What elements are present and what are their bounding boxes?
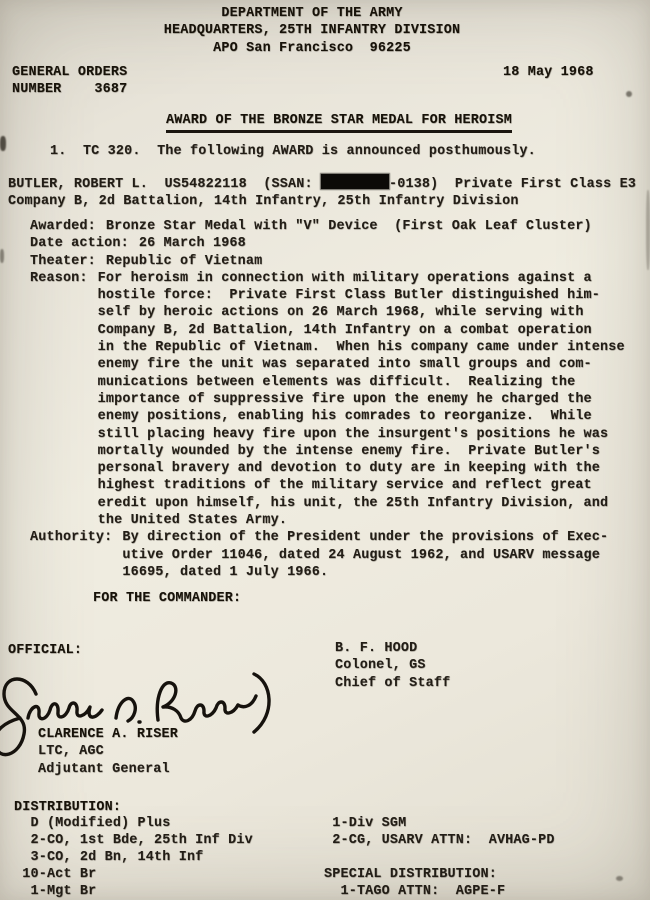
scan-smudge: [0, 136, 6, 151]
letterhead-apo: APO San Francisco 96225: [0, 40, 624, 57]
field-awarded: Awarded: Bronze Star Medal with "V" Devi…: [30, 218, 625, 235]
distribution-item: 1-Div SGM: [324, 816, 555, 833]
distribution-item: D (Modified) Plus: [14, 816, 253, 833]
scan-smudge: [626, 91, 632, 97]
field-reason: Reason: For heroism in connection with m…: [30, 270, 625, 529]
title-row: AWARD OF THE BRONZE STAR MEDAL FOR HEROI…: [0, 112, 650, 133]
adjutant-rank: LTC, AGC: [38, 743, 178, 760]
distribution-item: [324, 850, 555, 867]
field-authority-value: By direction of the President under the …: [122, 529, 608, 581]
field-value-line: Bronze Star Medal with "V" Device (First…: [106, 218, 592, 235]
field-value-line: enemy fire the unit was separated into s…: [98, 356, 625, 373]
distribution-item: 3-CO, 2d Bn, 14th Inf: [14, 850, 253, 867]
chief-of-staff-block: B. F. HOOD Colonel, GS Chief of Staff: [335, 640, 450, 692]
field-date-action-label: Date action:: [30, 235, 129, 252]
scan-smudge: [646, 190, 650, 270]
distribution-item: 1-Mgt Br: [14, 884, 253, 900]
distribution-left-list: D (Modified) Plus 2-CO, 1st Bde, 25th In…: [14, 816, 253, 900]
letterhead: DEPARTMENT OF THE ARMY HEADQUARTERS, 25T…: [0, 5, 624, 57]
field-date-action: Date action: 26 March 1968: [30, 235, 625, 252]
orders-number-block: GENERAL ORDERS NUMBER 3687: [12, 64, 127, 99]
field-value-line: 26 March 1968: [139, 235, 246, 252]
field-value-line: self by heroic actions on 26 March 1968,…: [98, 304, 625, 321]
field-value-line: By direction of the President under the …: [122, 529, 608, 546]
distribution-heading: DISTRIBUTION:: [14, 799, 121, 816]
field-value-line: Republic of Vietnam: [106, 253, 262, 270]
document-title: AWARD OF THE BRONZE STAR MEDAL FOR HEROI…: [166, 112, 512, 133]
distribution-right-list: 1-Div SGM 2-CG, USARV ATTN: AVHAG-PDSPEC…: [324, 816, 555, 900]
field-awarded-label: Awarded:: [30, 218, 96, 235]
soldier-name-serial: BUTLER, ROBERT L. US54822118 (SSAN:: [8, 177, 321, 192]
field-value-line: eredit upon himself, his unit, the 25th …: [98, 495, 625, 512]
field-value-line: in the Republic of Vietnam. When his com…: [98, 339, 625, 356]
field-authority-label: Authority:: [30, 529, 112, 546]
field-authority: Authority: By direction of the President…: [30, 529, 625, 581]
soldier-grade: -0138) Private First Class E3: [389, 177, 636, 192]
general-orders-label: GENERAL ORDERS: [12, 64, 127, 81]
adjutant-name: CLARENCE A. RISER: [38, 726, 178, 743]
for-the-commander-line: FOR THE COMMANDER:: [93, 590, 241, 607]
distribution-item: 10-Act Br: [14, 867, 253, 884]
field-date-action-value: 26 March 1968: [139, 235, 246, 252]
soldier-line-1: BUTLER, ROBERT L. US54822118 (SSAN: -013…: [8, 174, 636, 193]
letterhead-headquarters: HEADQUARTERS, 25TH INFANTRY DIVISION: [0, 22, 624, 39]
signer-name: B. F. HOOD: [335, 640, 450, 657]
field-reason-label: Reason:: [30, 270, 88, 287]
signer-rank: Colonel, GS: [335, 657, 450, 674]
signer-title: Chief of Staff: [335, 675, 450, 692]
scanned-document-page: DEPARTMENT OF THE ARMY HEADQUARTERS, 25T…: [0, 0, 650, 900]
official-label: OFFICIAL:: [8, 642, 82, 659]
distribution-item: 2-CO, 1st Bde, 25th Inf Div: [14, 833, 253, 850]
ssan-redaction-box: [321, 174, 389, 189]
distribution-item: 2-CG, USARV ATTN: AVHAG-PD: [324, 833, 555, 850]
letterhead-department: DEPARTMENT OF THE ARMY: [0, 5, 624, 22]
paragraph-1: 1. TC 320. The following AWARD is announ…: [50, 143, 536, 160]
field-theater-label: Theater:: [30, 253, 96, 270]
field-value-line: Company B, 2d Battalion, 14th Infantry o…: [98, 322, 625, 339]
field-value-line: still placing heavy fire upon the insurg…: [98, 426, 625, 443]
field-value-line: importance of suppressive fire upon the …: [98, 391, 625, 408]
field-reason-value: For heroism in connection with military …: [98, 270, 625, 529]
field-value-line: 16695, dated 1 July 1966.: [122, 564, 608, 581]
field-value-line: highest traditions of the military servi…: [98, 477, 625, 494]
field-value-line: the United States Army.: [98, 512, 625, 529]
scan-smudge: [0, 249, 4, 263]
soldier-unit-line: Company B, 2d Battalion, 14th Infantry, …: [8, 193, 636, 210]
adjutant-general-block: CLARENCE A. RISER LTC, AGC Adjutant Gene…: [38, 726, 178, 778]
soldier-id-block: BUTLER, ROBERT L. US54822118 (SSAN: -013…: [8, 174, 636, 211]
field-value-line: For heroism in connection with military …: [98, 270, 625, 287]
field-value-line: personal bravery and devotion to duty ar…: [98, 460, 625, 477]
field-value-line: munications between elements was difficu…: [98, 374, 625, 391]
field-value-line: hostile force: Private First Class Butle…: [98, 287, 625, 304]
scan-smudge: [616, 876, 623, 881]
field-theater-value: Republic of Vietnam: [106, 253, 262, 270]
orders-number: NUMBER 3687: [12, 81, 127, 98]
field-awarded-value: Bronze Star Medal with "V" Device (First…: [106, 218, 592, 235]
field-value-line: enemy positions, enabling his comrades t…: [98, 408, 625, 425]
field-value-line: mortally wounded by the intense enemy fi…: [98, 443, 625, 460]
distribution-item: SPECIAL DISTRIBUTION:: [324, 867, 555, 884]
adjutant-title: Adjutant General: [38, 761, 178, 778]
field-value-line: utive Order 11046, dated 24 August 1962,…: [122, 547, 608, 564]
distribution-item: 1-TAGO ATTN: AGPE-F: [324, 884, 555, 900]
orders-date: 18 May 1968: [503, 64, 594, 81]
award-fields: Awarded: Bronze Star Medal with "V" Devi…: [30, 218, 625, 581]
field-theater: Theater: Republic of Vietnam: [30, 253, 625, 270]
